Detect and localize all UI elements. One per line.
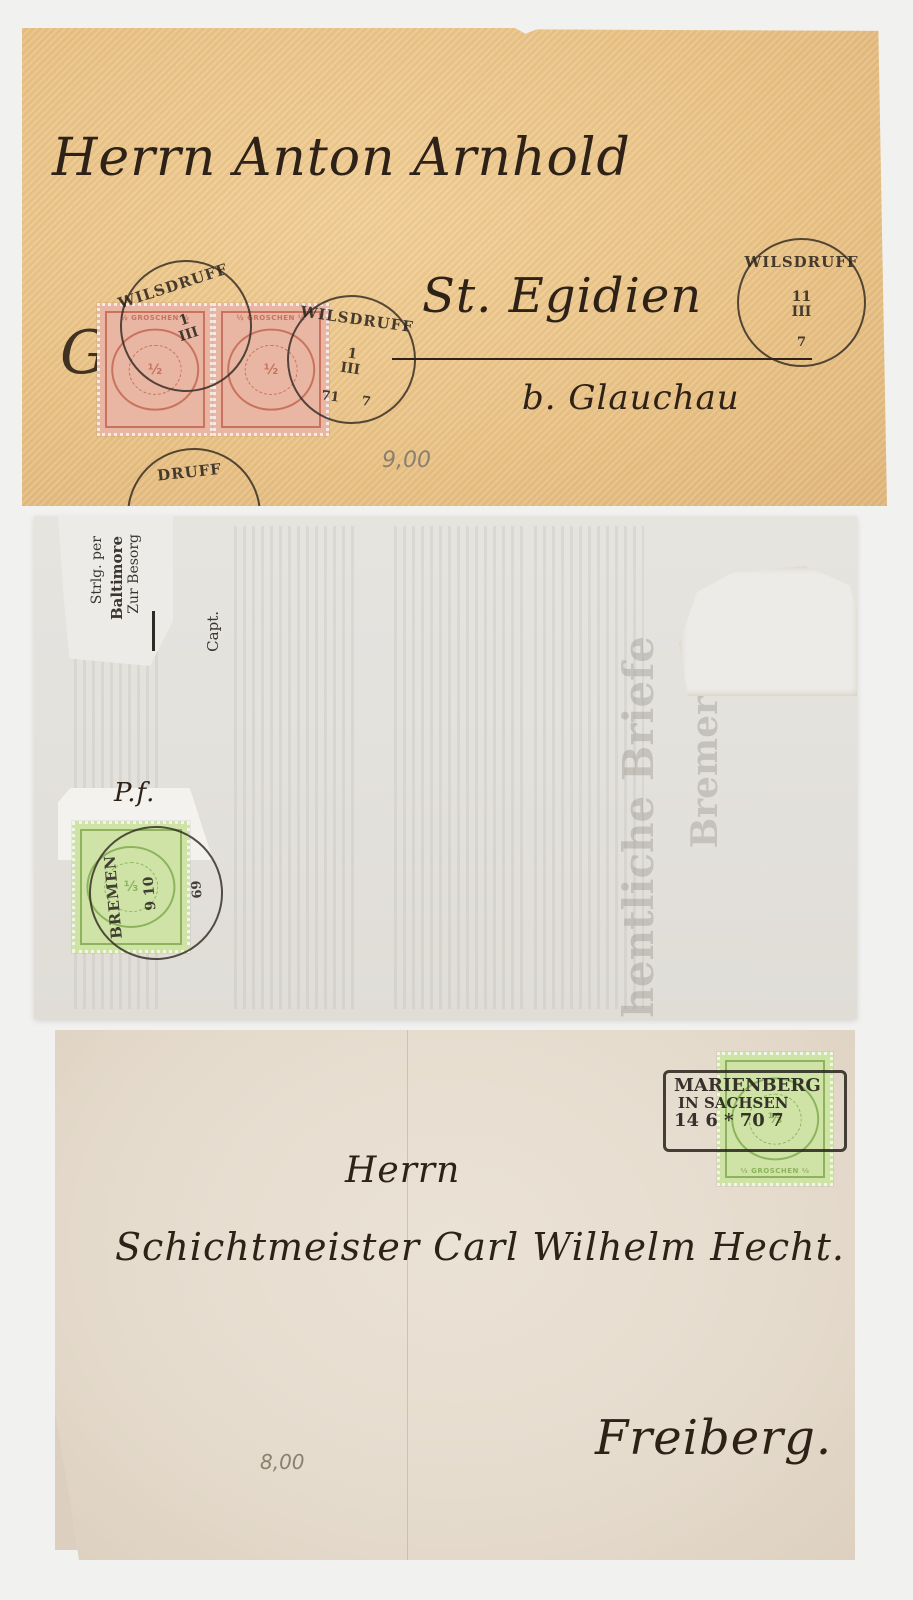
pencil-price-note: 9,00 xyxy=(382,448,431,473)
address-line-1: Herrn Anton Arnhold xyxy=(52,128,631,188)
envelope-cover-1: Herrn Anton Arnhold St. Egidien b. Glauc… xyxy=(22,28,887,506)
pencil-price-note: 8,00 xyxy=(260,1450,305,1474)
address-line-2: St. Egidien xyxy=(422,268,702,324)
address-line-1: Herrn xyxy=(345,1150,460,1191)
address-line-3: b. Glauchau xyxy=(522,378,740,418)
address-line-3: Freiberg. xyxy=(595,1410,832,1466)
postmark-marienberg: MARIENBERG IN SACHSEN 14 6 * 70 7 xyxy=(663,1070,847,1152)
newspaper-wrapper-cover-2: Wöchentliche Briefe Bremer Strlg. per Ba… xyxy=(34,516,857,1019)
printed-text: Zur Besorg xyxy=(126,534,142,614)
manuscript-mark: P.f. xyxy=(114,778,155,808)
paper-remnant xyxy=(679,566,857,696)
folded-letter-cover-3: Herrn Schichtmeister Carl Wilhelm Hecht.… xyxy=(55,1030,855,1560)
address-line-2: Schichtmeister Carl Wilhelm Hecht. xyxy=(115,1225,845,1269)
printed-text: Baltimore xyxy=(108,536,126,620)
postmark-wilsdruff: WILSDRUFF 11 III 7 xyxy=(737,238,866,367)
printed-text: Capt. xyxy=(204,611,222,652)
printed-text: Strlg. per xyxy=(89,536,105,604)
address-underline xyxy=(392,358,812,360)
